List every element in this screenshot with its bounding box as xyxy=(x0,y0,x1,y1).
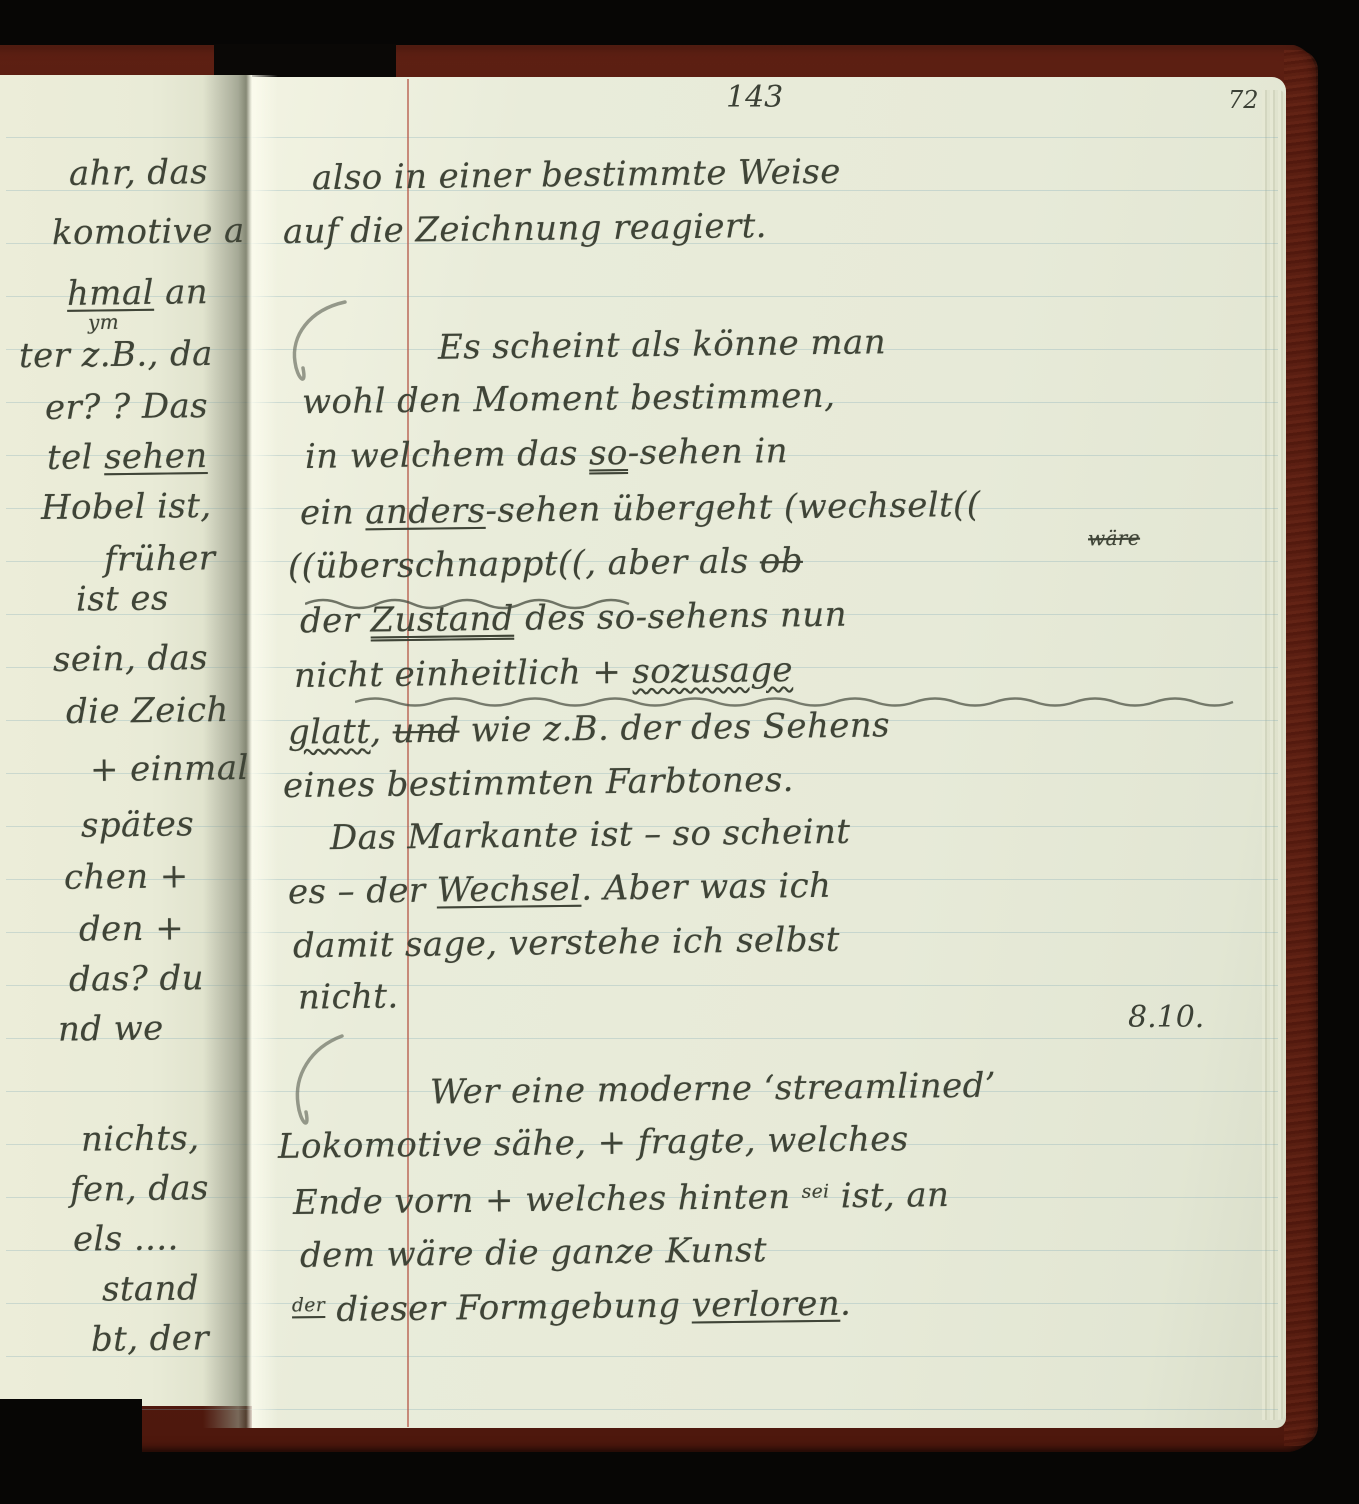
handwriting-line: nd we xyxy=(58,1011,164,1048)
handwriting-line: Lokomotive sähe, + fragte, welches xyxy=(278,1122,909,1165)
handwriting-line: das? du xyxy=(69,961,204,998)
handwriting-line: auf die Zeichnung reagiert. xyxy=(283,209,767,251)
handwriting-line: also in einer bestimmte Weise xyxy=(312,155,841,197)
handwriting-line: els .... xyxy=(73,1221,179,1258)
handwriting-line: Wer eine moderne ‘streamlined’ xyxy=(430,1069,996,1112)
handwriting-line: ahr, das xyxy=(69,155,208,192)
handwriting-line: die Zeich xyxy=(66,693,229,731)
handwriting-line: Es scheint als könne man xyxy=(438,325,886,366)
leather-spine-edge xyxy=(1284,50,1318,1446)
handwriting-line: damit sage, verstehe ich selbst xyxy=(293,923,840,965)
handwriting-line: es – der Wechsel. Aber was ich xyxy=(288,869,832,911)
handwriting-line: glatt, und wie z.B. der des Sehens xyxy=(288,708,890,751)
handwriting-line: sein, das xyxy=(53,641,208,679)
background-bottom-left xyxy=(0,1399,142,1504)
background-notch xyxy=(214,44,396,77)
handwriting-line: eines bestimmten Farbtones. xyxy=(283,763,794,805)
date-entry: 8.10. xyxy=(1128,1000,1204,1035)
squiggle-mark-icon xyxy=(305,594,635,612)
handwriting-line: ym xyxy=(88,312,119,333)
handwriting-line: den + xyxy=(79,911,185,948)
handwriting-line: tel sehen xyxy=(47,439,208,477)
handwriting-line: ist es xyxy=(76,581,169,618)
handwriting-line: ((überschnappt((, aber als ob xyxy=(288,544,803,586)
handwriting-line: er? ? Das xyxy=(45,389,208,427)
handwriting-line: fen, das xyxy=(70,1171,209,1208)
handwriting-line: wohl den Moment bestimmen, xyxy=(302,379,836,421)
handwriting-line: wäre xyxy=(1088,528,1140,550)
section-mark-icon xyxy=(283,296,353,392)
handwriting-line: nichts, xyxy=(80,1121,199,1158)
handwriting-line: in welchem das so-sehen in xyxy=(305,434,788,476)
folio-number: 72 xyxy=(1228,86,1259,114)
handwriting-line: früher xyxy=(103,541,215,578)
rule-line xyxy=(6,137,1278,138)
handwriting-line: spätes xyxy=(81,807,195,844)
background-top xyxy=(0,0,1359,45)
notebook-scan: 143 72 8.10. ahr, daskomotive ahmal anym… xyxy=(0,0,1359,1504)
rule-line xyxy=(6,1409,1278,1410)
handwriting-line: komotive a xyxy=(52,214,245,252)
page-edges xyxy=(1262,90,1286,1420)
long-wavy-underline-icon xyxy=(355,694,1235,710)
handwriting-line: ein anders-sehen übergeht (wechselt(( xyxy=(300,488,981,532)
red-margin-line xyxy=(407,79,409,1427)
handwriting-line: Ende vorn + welches hinten sei ist, an xyxy=(293,1178,950,1222)
handwriting-line: + einmal xyxy=(90,751,249,789)
handwriting-line: dem wäre die ganze Kunst xyxy=(300,1233,767,1274)
rule-line xyxy=(6,1038,1278,1039)
page-number: 143 xyxy=(726,80,783,115)
handwriting-line: stand xyxy=(102,1271,199,1308)
handwriting-line: chen + xyxy=(64,859,189,896)
section-mark-icon xyxy=(288,1032,352,1136)
handwriting-line: nicht einheitlich + sozusage xyxy=(294,653,793,695)
handwriting-line: hmal an xyxy=(67,275,209,312)
handwriting-line: der dieser Formgebung verloren. xyxy=(292,1287,852,1330)
handwriting-line: ter z.B., da xyxy=(19,337,213,375)
handwriting-line: Hobel ist, xyxy=(40,489,211,527)
handwriting-line: nicht. xyxy=(298,979,399,1016)
handwriting-line: bt, der xyxy=(91,1321,209,1358)
handwriting-line: Das Markante ist – so scheint xyxy=(330,815,851,857)
